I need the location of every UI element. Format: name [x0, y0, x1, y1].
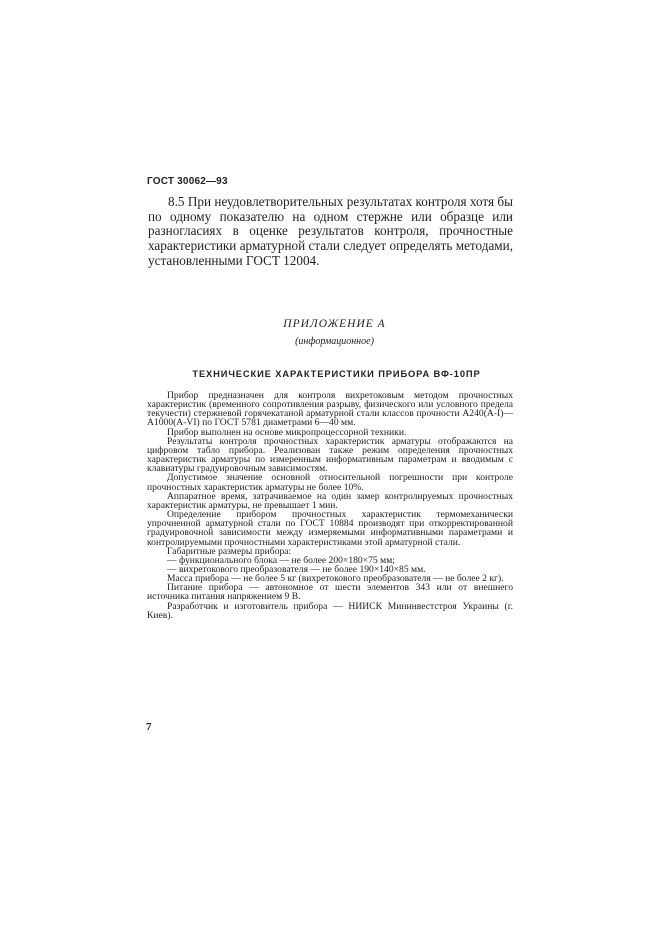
appendix-title: ПРИЛОЖЕНИЕ А — [0, 318, 661, 330]
paragraph-time: Аппаратное время, затрачиваемое на один … — [147, 492, 513, 510]
paragraph-display: Результаты контроля прочностных характер… — [147, 437, 513, 474]
paragraph-thermomechanical: Определение прибором прочностных характе… — [147, 510, 513, 547]
document-page: ГОСТ 30062—93 8.5 При неудовлетворительн… — [0, 0, 661, 935]
paragraph-developer: Разработчик и изготовитель прибора — НИИ… — [147, 602, 513, 620]
clause-8-5: 8.5 При неудовлетворительных результатах… — [148, 195, 513, 269]
page-number: 7 — [146, 721, 152, 733]
running-header: ГОСТ 30062—93 — [147, 176, 228, 187]
section-heading: ТЕХНИЧЕСКИЕ ХАРАКТЕРИСТИКИ ПРИБОРА ВФ-10… — [0, 369, 661, 379]
paragraph-error: Допустимое значение основной относительн… — [147, 473, 513, 491]
paragraph-power: Питание прибора — автономное от шести эл… — [147, 583, 513, 601]
paragraph-purpose: Прибор предназначен для контроля вихрето… — [147, 391, 513, 428]
appendix-subtitle: (информационное) — [0, 336, 661, 347]
appendix-body: Прибор предназначен для контроля вихрето… — [147, 391, 513, 620]
